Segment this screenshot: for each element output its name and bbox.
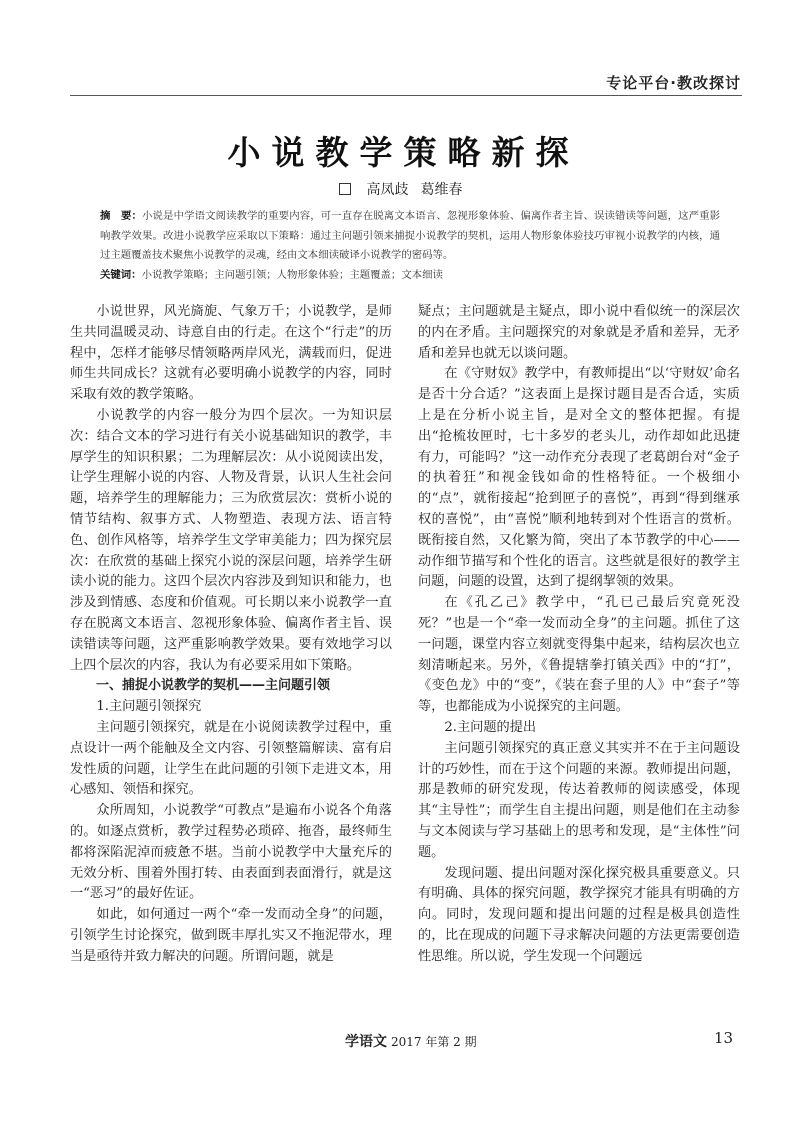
- subsection-heading: 1.主问题引领探究: [70, 697, 392, 718]
- paragraph: 小说教学的内容一般分为四个层次。一为知识层次：结合文本的学习进行有关小说基础知识…: [70, 406, 392, 676]
- paragraph: 小说世界，风光旖旎、气象万千；小说教学，是师生共同温暖灵动、诗意自由的行走。在这…: [70, 302, 392, 406]
- paragraph: 发现问题、提出问题对深化探究极具重要意义。只有明确、具体的探究问题，教学探究才能…: [418, 864, 740, 968]
- paragraph: 在《守财奴》教学中，有教师提出“以‘守财奴’命名是否十分合适？”这表面上是探讨题…: [418, 364, 740, 593]
- issue-label: 2017 年第 2 期: [391, 1035, 477, 1049]
- paragraph: 主问题引领探究的真正意义其实并不在于主问题设计的巧妙性，而在于这个问题的来源。教…: [418, 739, 740, 864]
- author-line: 高凤歧葛维春: [0, 179, 807, 199]
- keywords-text: 小说教学策略；主问题引领；人物形象体验；主题覆盖；文本细读: [142, 269, 443, 281]
- abstract: 摘 要：小说是中学语文阅读教学的重要内容，可一直存在脱离文本语言、忽视形象体验、…: [100, 207, 720, 266]
- header-divider: [70, 95, 742, 96]
- section-label: 专论平台·教改探讨: [606, 72, 741, 93]
- keywords-label: 关键词：: [100, 269, 142, 281]
- left-column: 小说世界，风光旖旎、气象万千；小说教学，是师生共同温暖灵动、诗意自由的行走。在这…: [70, 302, 392, 968]
- article-title: 小说教学策略新探: [0, 127, 807, 174]
- subsection-heading: 2.主问题的提出: [418, 718, 740, 739]
- author-name: 高凤歧: [367, 182, 409, 198]
- page-number: 13: [714, 1029, 733, 1047]
- section-heading: 一、捕捉小说教学的契机——主问题引领: [70, 676, 392, 697]
- abstract-label: 摘 要：: [100, 210, 142, 222]
- right-column: 疑点；主问题就是主疑点，即小说中看似统一的深层次的内在矛盾。主问题探究的对象就是…: [418, 302, 740, 968]
- journal-name: 学语文: [345, 1034, 387, 1050]
- keywords: 关键词：小说教学策略；主问题引领；人物形象体验；主题覆盖；文本细读: [100, 266, 720, 286]
- paragraph: 主问题引领探究，就是在小说阅读教学过程中，重点设计一两个能触及全文内容、引领整篇…: [70, 718, 392, 801]
- author-name: 葛维春: [421, 182, 463, 198]
- paragraph: 如此，如何通过一两个“牵一发而动全身”的问题，引领学生讨论探究，做到既丰厚扎实又…: [70, 905, 392, 967]
- footer-journal: 学语文2017 年第 2 期: [345, 1031, 477, 1051]
- abstract-block: 摘 要：小说是中学语文阅读教学的重要内容，可一直存在脱离文本语言、忽视形象体验、…: [100, 207, 720, 285]
- paragraph: 众所周知，小说教学“可教点”是遍布小说各个角落的。如逐点赏析，教学过程势必琐碎、…: [70, 801, 392, 905]
- paragraph-continued: 疑点；主问题就是主疑点，即小说中看似统一的深层次的内在矛盾。主问题探究的对象就是…: [418, 302, 740, 364]
- author-box-icon: [339, 183, 351, 195]
- paragraph: 在《孔乙己》教学中，“孔已己最后究竟死没死？”也是一个“牵一发而动全身”的主问题…: [418, 593, 740, 718]
- abstract-text: 小说是中学语文阅读教学的重要内容，可一直存在脱离文本语言、忽视形象体验、偏离作者…: [100, 210, 720, 261]
